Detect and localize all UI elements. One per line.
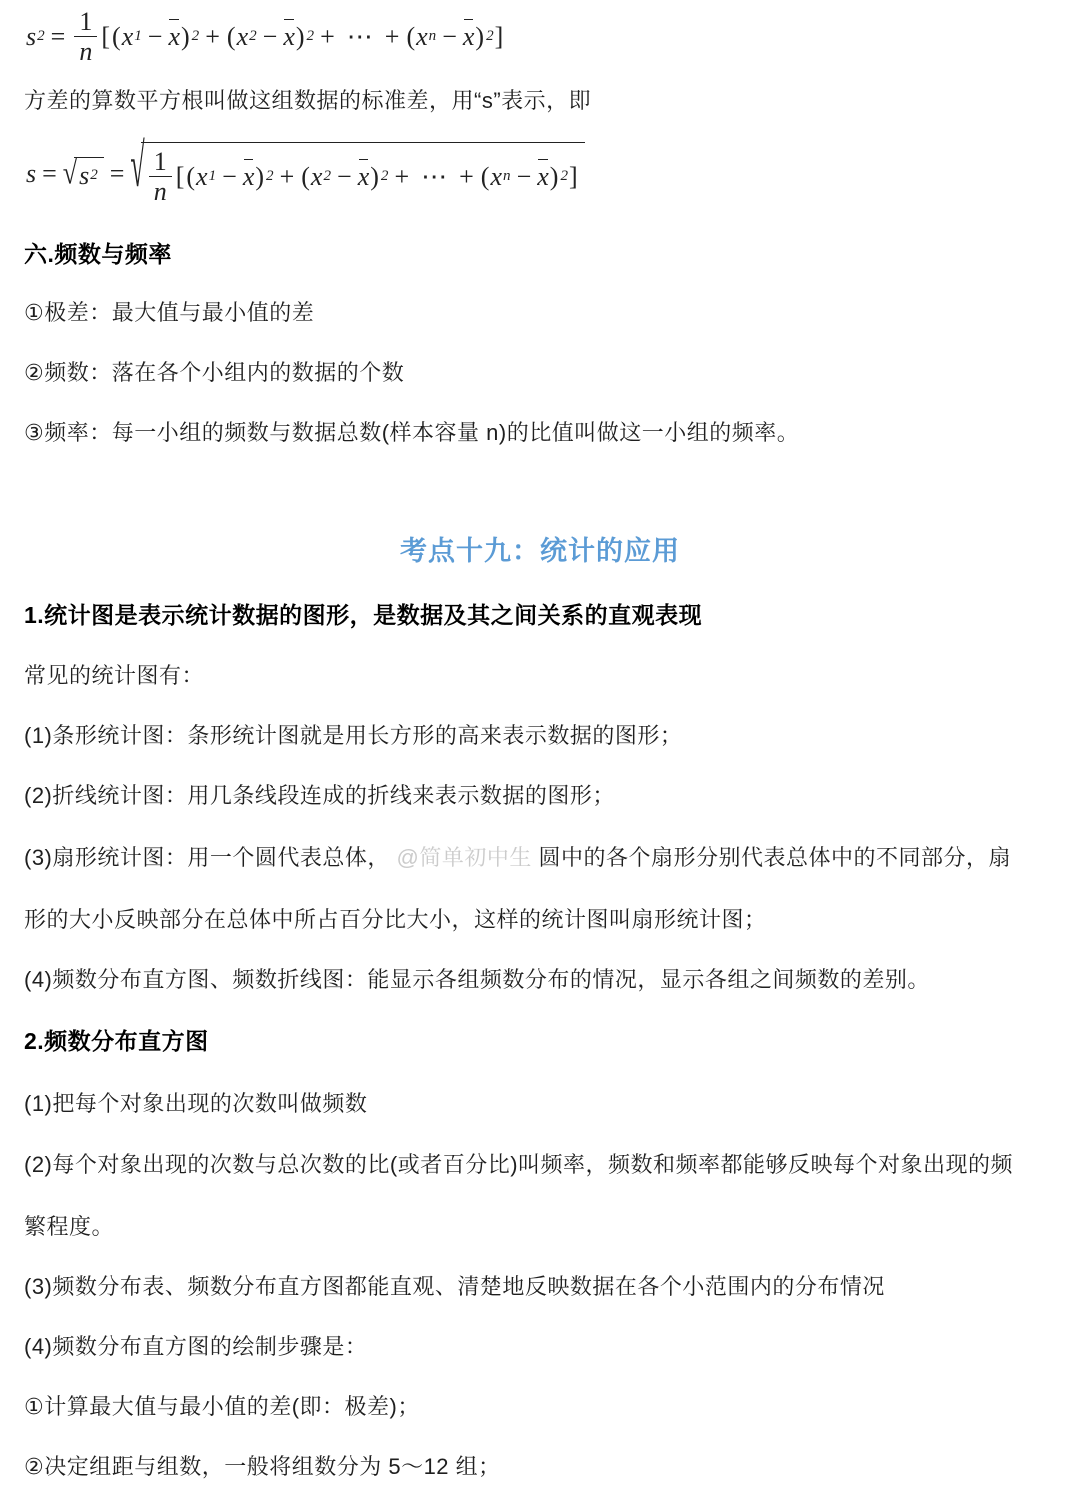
radicand: s2 [74, 157, 104, 191]
pie-chart-text-pre: (3)扇形统计图：用一个圆代表总体， [24, 845, 390, 870]
fraction-numerator: 1 [74, 8, 97, 37]
list-item-rate-def-line2: 繁程度。 [24, 1210, 114, 1241]
math-subscript: 1 [134, 28, 142, 45]
section-heading-frequency: 六.频数与频率 [24, 236, 172, 269]
list-item-pie-chart-line2: 形的大小反映部分在总体中所占百分比大小，这样的统计图叫扇形统计图； [24, 903, 767, 934]
math-symbol: s [79, 161, 89, 191]
paren-open: ( [481, 162, 490, 192]
math-minus: − [442, 22, 457, 52]
math-equals: = [42, 159, 57, 189]
watermark: @简单初中生 [397, 845, 532, 870]
radical-sign: √ [63, 157, 77, 190]
math-plus: + [280, 162, 295, 192]
paragraph-stddev-intro: 方差的算数平方根叫做这组数据的标准差，用“s”表示，即 [24, 84, 591, 115]
fraction-denominator: n [154, 177, 167, 205]
bracket-open: [ [101, 22, 110, 52]
math-plus: + [205, 22, 220, 52]
math-minus: − [148, 22, 163, 52]
paren-close: ) [255, 162, 264, 192]
math-minus: − [222, 162, 237, 192]
paren-open: ( [301, 162, 310, 192]
step-decide-groups: ②决定组距与组数，一般将组数分为 5～12 组； [24, 1450, 501, 1481]
sqrt-small: √ s2 [63, 157, 104, 191]
radicand: 1 n [ (x1−x)2 + (x2−x)2 + ⋯ + (xn−x)2 ] [141, 142, 585, 206]
document-page: s2 = 1 n [ (x1−x)2 + (x2−x)2 + ⋯ + (xn−x… [0, 0, 1080, 1487]
math-symbol: s [26, 22, 36, 52]
paragraph-common-charts: 常见的统计图有： [24, 659, 204, 690]
math-exponent: 2 [37, 28, 45, 45]
x-bar: x [283, 22, 295, 52]
x-bar: x [243, 162, 255, 192]
formula-stddev: s = √ s2 = √ 1 n [ (x1−x)2 + (x2−x)2 + ⋯… [26, 142, 585, 206]
pie-chart-text-post: 圆中的各个扇形分别代表总体中的不同部分，扇 [538, 845, 1011, 870]
paren-open: ( [227, 22, 236, 52]
bracket-close: ] [569, 162, 578, 192]
fraction-denominator: n [79, 37, 92, 65]
x-bar: x [168, 22, 180, 52]
math-symbol: x [122, 22, 134, 52]
paren-close: ) [181, 22, 190, 52]
math-symbol: s [26, 159, 36, 189]
list-item-histogram-polyline: (4)频数分布直方图、频数折线图：能显示各组频数分布的情况，显示各组之间频数的差… [24, 963, 930, 994]
math-plus: + [459, 162, 474, 192]
paragraph-title-charts: 1.统计图是表示统计数据的图形，是数据及其之间关系的直观表现 [24, 597, 702, 630]
paren-close: ) [475, 22, 484, 52]
math-subscript: 2 [249, 28, 257, 45]
math-exponent: 2 [560, 168, 568, 185]
bracket-close: ] [495, 22, 504, 52]
list-item-drawing-steps: (4)频数分布直方图的绘制步骤是： [24, 1330, 367, 1361]
radical-sign: √ [130, 137, 144, 198]
math-exponent: 2 [486, 28, 494, 45]
math-subscript: n [503, 168, 511, 185]
math-symbol: x [311, 162, 323, 192]
math-minus: − [337, 162, 352, 192]
paren-open: ( [112, 22, 121, 52]
fraction-1-over-n: 1 n [149, 148, 172, 206]
list-item-frequency-def: (1)把每个对象出现的次数叫做频数 [24, 1087, 367, 1118]
math-equals: = [110, 159, 125, 189]
math-symbol: x [490, 162, 502, 192]
list-item-pie-chart-line1: (3)扇形统计图：用一个圆代表总体， @简单初中生 圆中的各个扇形分别代表总体中… [24, 841, 1011, 872]
math-symbol: x [416, 22, 428, 52]
step-compute-range: ①计算最大值与最小值的差(即：极差)； [24, 1390, 420, 1421]
math-plus: + [385, 22, 400, 52]
paragraph-title-histogram: 2.频数分布直方图 [24, 1023, 209, 1056]
math-exponent: 2 [307, 28, 315, 45]
math-plus: + [394, 162, 409, 192]
list-item-frequency-rate: ③频率：每一小组的频数与数据总数(样本容量 n)的比值叫做这一小组的频率。 [24, 416, 799, 447]
sqrt-big: √ 1 n [ (x1−x)2 + (x2−x)2 + ⋯ + (xn−x)2 … [130, 142, 584, 206]
math-exponent: 2 [381, 168, 389, 185]
bracket-open: [ [176, 162, 185, 192]
fraction-numerator: 1 [149, 148, 172, 177]
math-plus: + [320, 22, 335, 52]
paren-close: ) [550, 162, 559, 192]
formula-variance: s2 = 1 n [ (x1−x)2 + (x2−x)2 + ⋯ + (xn−x… [26, 8, 504, 66]
math-exponent: 2 [90, 167, 98, 184]
paren-open: ( [406, 22, 415, 52]
math-exponent: 2 [192, 28, 200, 45]
list-item-bar-chart: (1)条形统计图：条形统计图就是用长方形的高来表示数据的图形； [24, 719, 682, 750]
x-bar: x [537, 162, 549, 192]
x-bar: x [358, 162, 370, 192]
list-item-line-chart: (2)折线统计图：用几条线段连成的折线来表示数据的图形； [24, 779, 615, 810]
math-subscript: n [429, 28, 437, 45]
list-item-distribution-table: (3)频数分布表、频数分布直方图都能直观、清楚地反映数据在各个小范围内的分布情况 [24, 1270, 885, 1301]
paren-close: ) [370, 162, 379, 192]
math-ellipsis: ⋯ [347, 22, 373, 52]
math-exponent: 2 [266, 168, 274, 185]
paren-close: ) [296, 22, 305, 52]
paren-open: ( [186, 162, 195, 192]
math-minus: − [263, 22, 278, 52]
list-item-range: ①极差：最大值与最小值的差 [24, 296, 314, 327]
math-symbol: x [237, 22, 249, 52]
x-bar: x [463, 22, 475, 52]
math-subscript: 1 [209, 168, 217, 185]
math-symbol: x [196, 162, 208, 192]
math-subscript: 2 [323, 168, 331, 185]
list-item-frequency-count: ②频数：落在各个小组内的数据的个数 [24, 356, 404, 387]
list-item-rate-def-line1: (2)每个对象出现的次数与总次数的比(或者百分比)叫频率，频数和频率都能够反映每… [24, 1148, 1013, 1179]
math-ellipsis: ⋯ [421, 162, 447, 192]
fraction-1-over-n: 1 n [74, 8, 97, 66]
chapter-heading-statistics-application: 考点十九：统计的应用 [0, 529, 1080, 568]
math-minus: − [517, 162, 532, 192]
math-equals: = [51, 22, 66, 52]
